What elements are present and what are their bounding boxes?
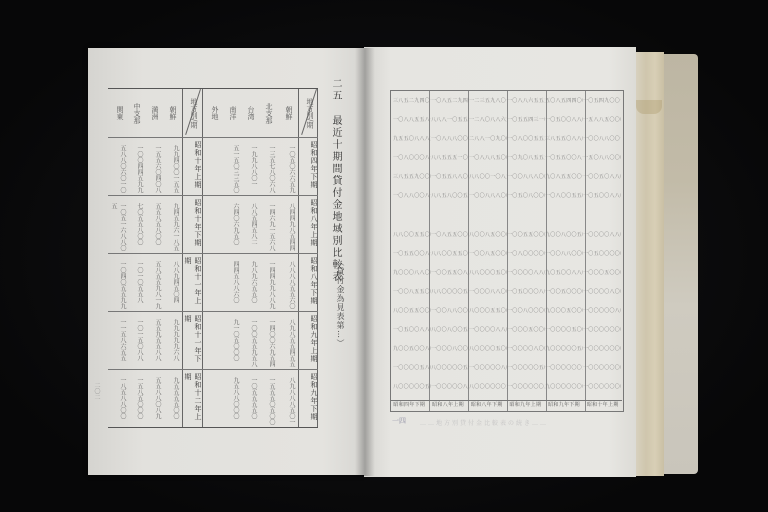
- table-cell: 一〇〇〇〇〇〇〇: [583, 383, 621, 393]
- table-cell: 八八五四五八二: [244, 203, 258, 251]
- footer-cell: 昭和九年下期: [545, 401, 584, 411]
- table-cell: 一〇八五五〇〇〇: [431, 231, 469, 241]
- table-cell: 一〇五一六八八〇五: [113, 203, 127, 251]
- table-cell: 一〇五〇〇八八〇: [583, 192, 621, 202]
- table-cell: 一〇〇〇〇〇八〇: [469, 364, 507, 374]
- table-row: 一〇〇八五五〇〇八八〇〇〇〇五〇一〇〇〇八八〇〇一〇五〇〇〇八〇一〇〇五〇〇〇〇…: [393, 288, 621, 298]
- period-label: 昭和八年上期: [301, 199, 319, 251]
- table-cell: 一〇〇〇〇〇〇八: [507, 383, 545, 393]
- table-cell: 一〇〇〇〇八〇〇: [583, 288, 621, 298]
- water-stain: [636, 100, 662, 114]
- table-cell: 一〇八〇〇〇八一: [393, 154, 431, 164]
- period-label: 昭和十一年下期: [185, 315, 203, 367]
- table-cell: 八〇〇〇〇〇〇五: [469, 383, 507, 393]
- period-label: 昭和八年下期: [301, 257, 319, 309]
- table-cell: 五八五五九八一九: [148, 261, 162, 309]
- table-cell: 九〇〇〇八八〇〇: [393, 269, 431, 279]
- table-cell: 一〇〇五五〇〇〇: [507, 231, 545, 241]
- header-rule: [108, 137, 318, 138]
- table-cell: 一〇五五五五〇: [244, 377, 258, 425]
- period-label: 昭和九年下期: [301, 373, 319, 425]
- period-label: 昭和四年下期: [301, 141, 319, 193]
- table-cell: 一〇〇〇〇〇〇五: [545, 364, 583, 374]
- table-cell: 一〇〇八八八〇〇: [507, 173, 545, 183]
- table-cell: 一〇一〇五五八: [130, 261, 144, 309]
- period-label: 昭和十年下期: [185, 199, 203, 251]
- table-cell: 一〇五〇〇〇〇〇: [583, 250, 621, 260]
- table-cell: 一〇八八〇〇八一: [393, 192, 431, 202]
- table-cell: 一〇〇五五〇八〇: [431, 269, 469, 279]
- table-cell: 八〇〇八〇〇五〇: [431, 326, 469, 336]
- table-cell: 一〇〇八八〇〇〇: [431, 307, 469, 317]
- table-cell: 九五五〇八八八九: [393, 135, 431, 145]
- table-row: 八〇〇五五〇〇〇一〇〇八八〇〇〇八〇〇〇五五〇〇一〇〇八〇〇〇〇九〇〇〇五〇〇〇…: [393, 307, 621, 317]
- column-header: 北支那: [260, 91, 274, 135]
- table-cell: 一五五五〇五〇〇: [262, 377, 276, 425]
- period-label: 昭和九年上期: [301, 315, 319, 367]
- column-header: 関東: [111, 91, 125, 135]
- table-subtitle: （貸付金為見表第…）: [324, 258, 346, 348]
- column-header: 南洋: [224, 91, 238, 135]
- book-spine-shadow: [355, 48, 375, 476]
- table-cell: 九〇八五五〇〇一: [545, 173, 583, 183]
- table-cell: 一〇〇八八〇〇〇: [545, 250, 583, 260]
- table-cell: 五五九五五八八: [148, 319, 162, 367]
- table-cell: 一五五六〇四〇八: [148, 145, 162, 193]
- table-divider: [298, 89, 299, 427]
- table-cell: 五一五〇三三五〇: [226, 145, 240, 193]
- table-cell: 一〇〇〇五〇〇〇: [583, 269, 621, 279]
- table-cell: 八〇〇〇五五〇〇: [469, 307, 507, 317]
- right-table-footer: 昭和四年下期 昭和八年上期 昭和八年下期 昭和九年上期 昭和九年下期 昭和十年上…: [390, 400, 622, 411]
- table-cell: 一〇五五四三一〇: [507, 116, 545, 126]
- footer-cell: 昭和九年上期: [506, 401, 545, 411]
- footer-cell: 昭和四年下期: [390, 401, 429, 411]
- table-cell: 一二八〇八八六五: [469, 116, 507, 126]
- bleed-through-text: ……地方別貸付金比較表の続き……: [420, 418, 548, 427]
- footer-cell: 昭和八年下期: [467, 401, 506, 411]
- table-row: 三八五二九四〇一一〇八五二九四〇一二三五九八〇一一〇八八六五五五五〇八五四四〇〇…: [393, 97, 621, 107]
- table-cell: 八〇〇〇〇〇五〇: [393, 383, 431, 393]
- table-cell: 八〇〇〇〇五〇〇: [469, 345, 507, 355]
- table-number: 二五: [330, 78, 341, 102]
- table-cell: 一〇五五〇〇八一: [393, 250, 431, 260]
- table-cell: 一五八五〇〇〇: [130, 377, 144, 425]
- table-row: 九〇〇〇八八〇〇一〇〇五五〇八〇八八〇〇〇五〇〇一〇〇〇〇八八〇九〇五〇〇八八〇…: [393, 269, 621, 279]
- table-cell: 一〇〇〇〇〇八〇: [431, 383, 469, 393]
- table-cell: 一〇四〇五五九九: [113, 261, 127, 309]
- page-edges: [634, 52, 664, 476]
- table-cell: 一〇九〇八五五五: [507, 154, 545, 164]
- table-row: 一〇五五〇〇八一八八〇〇五五〇〇一〇〇八五〇〇〇一〇八〇〇〇〇〇一〇〇八八〇〇〇…: [393, 250, 621, 260]
- table-cell: 七〇五五八〇〇: [130, 203, 144, 251]
- table-cell: 八八五八〇〇五五: [431, 192, 469, 202]
- row-rule: [108, 369, 318, 370]
- table-cell: 一〇〇八八〇〇一: [583, 135, 621, 145]
- header-region-label: 地方別/期: [301, 91, 315, 135]
- table-cell: 一九九八八〇一: [244, 145, 258, 193]
- table-row: 九〇〇五〇〇八〇一〇〇〇八〇〇〇八〇〇〇〇五〇〇一〇〇〇〇八〇〇九〇〇〇〇〇五〇…: [393, 345, 621, 355]
- table-cell: 一三五七八〇六八: [262, 145, 276, 193]
- margin-page-note: 二〇二: [92, 382, 101, 400]
- table-cell: 八八八一〇五五〇: [431, 116, 469, 126]
- table-cell: 五〇八五四四〇〇: [545, 97, 583, 107]
- table-cell: 九〇〇〇〇〇〇〇: [545, 383, 583, 393]
- table-cell: 一〇一五〇八八: [130, 319, 144, 367]
- table-row: 一〇五〇〇八八〇八〇〇八〇〇五〇一〇〇〇〇八八〇一〇〇〇五〇〇〇一〇〇〇〇五〇〇…: [393, 326, 621, 336]
- table-cell: 九〇〇〇〇〇五〇: [545, 345, 583, 355]
- column-header: 中支那: [128, 91, 142, 135]
- table-cell: 一〇五〇〇八八〇: [393, 326, 431, 336]
- table-cell: 一〇五五八八〇〇: [431, 173, 469, 183]
- table-cell: 八九八八八五〇一: [282, 377, 296, 425]
- table-row: 一〇八八五五八一八八八一〇五五〇一二八〇八八六五一〇五五四三一〇一〇五〇〇八八〇…: [393, 116, 621, 126]
- table-cell: 八八〇〇一〇八五: [469, 173, 507, 183]
- table-cell: 一〇〇八八八〇〇: [469, 192, 507, 202]
- table-cell: 一〇〇五〇八八〇: [583, 173, 621, 183]
- table-cell: 一〇八〇〇五五〇: [545, 192, 583, 202]
- table-cell: 三八五五九〇〇〇: [393, 173, 431, 183]
- footer-cell: 昭和八年上期: [429, 401, 468, 411]
- table-cell: 一四〇〇六九五四: [262, 319, 276, 367]
- table-cell: 九〇〇〇五〇〇〇: [545, 307, 583, 317]
- table-cell: 一一五八六五五: [113, 319, 127, 367]
- table-row: 九五五〇八八八九一〇八八八〇〇〇二八八一〇九〇〇一〇八〇〇五五五三八五五〇八八〇…: [393, 135, 621, 145]
- table-cell: 二八八一〇九〇〇: [469, 135, 507, 145]
- table-cell: 八四四九八五四四: [282, 203, 296, 251]
- table-cell: 一〇〇〇〇〇八〇: [583, 307, 621, 317]
- table-cell: 一〇〇四四五九九: [130, 145, 144, 193]
- table-cell: 五五八五八〇〇: [148, 203, 162, 251]
- table-cell: 五八八〇六〇一〇: [113, 145, 127, 193]
- table-cell: 三八五五〇八八〇: [545, 135, 583, 145]
- table-cell: 一〇八〇〇〇〇〇: [507, 250, 545, 260]
- table-cell: 一〇八八八五〇〇: [469, 154, 507, 164]
- column-header: 台湾: [242, 91, 256, 135]
- table-cell: 一五八八五〇〇〇: [583, 116, 621, 126]
- right-bleed-table: 三八五二九四〇一一〇八五二九四〇一二三五九八〇一一〇八八六五五五五〇八五四四〇〇…: [390, 90, 624, 412]
- column-header: 満洲: [146, 91, 160, 135]
- table-cell: 一〇五〇六六五九: [282, 145, 296, 193]
- table-cell: 一八五八八〇〇: [113, 377, 127, 425]
- table-cell: 四四五八八六〇: [226, 261, 240, 309]
- table-row: 三八五五九〇〇〇一〇五五八八〇〇八八〇〇一〇八五一〇〇八八八〇〇九〇八五五〇〇一…: [393, 173, 621, 183]
- table-cell: 八〇〇八五〇〇〇: [469, 231, 507, 241]
- table-cell: 八八五五五一〇五: [431, 154, 469, 164]
- table-cell: 一〇〇〇〇八〇〇: [507, 345, 545, 355]
- row-rule: [108, 195, 318, 196]
- table-cell: 九〇五〇〇八八〇: [545, 269, 583, 279]
- table-row: 一〇八〇〇〇八一八八五五五一〇五一〇八八八五〇〇一〇九〇八五五五一〇五五〇〇八一…: [393, 154, 621, 164]
- table-cell: 八八〇〇〇五〇〇: [469, 269, 507, 279]
- table-cell: 一〇五五〇〇八一: [545, 154, 583, 164]
- table-row: 一〇八八〇〇八一八八五八〇〇五五一〇〇八八八〇〇一〇五〇八〇〇〇一〇八〇〇五五〇…: [393, 192, 621, 202]
- table-cell: 一〇〇〇〇八八〇: [583, 231, 621, 241]
- table-cell: 一〇〇五〇〇〇〇: [545, 288, 583, 298]
- table-cell: 九九四〇〇一五五: [166, 145, 180, 193]
- table-cell: 一〇八八六五五五: [507, 97, 545, 107]
- table-cell: 八九八五五四五五: [282, 319, 296, 367]
- table-cell: 一〇〇〇〇〇〇〇: [583, 364, 621, 374]
- row-rule: [108, 253, 318, 254]
- table-cell: 一四六九一五六八: [262, 203, 276, 251]
- table-row: 八八〇〇五五〇〇一〇八五五〇〇〇八〇〇八五〇〇〇一〇〇五五〇〇〇九〇〇八〇〇五〇…: [393, 231, 621, 241]
- table-cell: 一〇〇八〇〇〇〇: [507, 307, 545, 317]
- row-rule: [108, 311, 318, 312]
- table-cell: 一〇五〇〇〇八〇: [507, 288, 545, 298]
- book-back-cover: [660, 54, 698, 474]
- left-data-table: 地方別/期 地方別/期 朝鮮 北支那 台湾 南洋 外地 朝鮮 満洲 中支那 関東…: [108, 88, 318, 428]
- page-number-note: 一四: [392, 416, 406, 426]
- column-header: 外地: [206, 91, 220, 135]
- table-cell: 九一〇五〇〇〇: [226, 319, 240, 367]
- table-cell: 一〇〇〇〇〇五〇: [507, 364, 545, 374]
- table-cell: 一〇〇〇八〇〇〇: [431, 345, 469, 355]
- table-cell: 八八〇〇五五〇〇: [393, 231, 431, 241]
- table-cell: 一〇〇〇〇八八〇: [507, 269, 545, 279]
- header-region-label: 地方別/期: [185, 91, 199, 135]
- table-cell: 一〇〇〇〇八八〇: [469, 326, 507, 336]
- table-cell: 一〇〇五五九五八: [244, 319, 258, 367]
- table-cell: 一〇五四九〇〇一: [583, 97, 621, 107]
- table-cell: 一〇〇〇〇〇〇〇: [583, 326, 621, 336]
- period-label: 昭和十二年上期: [185, 373, 203, 425]
- table-cell: 八八〇〇〇〇五〇: [431, 288, 469, 298]
- table-cell: 一〇〇〇〇五八〇: [393, 364, 431, 374]
- table-cell: 一四四九九八八九: [262, 261, 276, 309]
- table-cell: 三八五二九四〇一: [393, 97, 431, 107]
- table-row: 一〇〇〇〇五八〇八〇〇〇〇〇五〇一〇〇〇〇〇八〇一〇〇〇〇〇五〇一〇〇〇〇〇〇五…: [393, 364, 621, 374]
- table-row: 八〇〇〇〇〇五〇一〇〇〇〇〇八〇八〇〇〇〇〇〇五一〇〇〇〇〇〇八九〇〇〇〇〇〇〇…: [393, 383, 621, 393]
- table-cell: 九四五九六一八五: [166, 203, 180, 251]
- table-cell: 八八〇〇五五〇〇: [431, 250, 469, 260]
- table-cell: 一〇八八五五八一: [393, 116, 431, 126]
- table-cell: 六四〇六九五〇: [226, 203, 240, 251]
- table-cell: 九五八八〇〇〇: [226, 377, 240, 425]
- table-cell: 一〇〇〇〇〇〇〇: [583, 345, 621, 355]
- table-cell: 九〇〇五〇〇八〇: [393, 345, 431, 355]
- table-cell: 一〇八五二九四〇: [431, 97, 469, 107]
- table-cell: 一〇五〇〇八八〇: [545, 116, 583, 126]
- table-cell: 九〇〇八〇〇五〇: [545, 231, 583, 241]
- period-label: 昭和十一年上期: [185, 257, 203, 309]
- footer-cell: 昭和十年上期: [583, 401, 622, 411]
- table-cell: 八〇〇〇〇〇五〇: [431, 364, 469, 374]
- table-cell: 八〇〇五五〇〇〇: [393, 307, 431, 317]
- table-cell: 一〇五〇八〇〇〇: [507, 192, 545, 202]
- table-cell: 九五五五五〇〇: [166, 377, 180, 425]
- table-cell: 九九九九九六八: [166, 319, 180, 367]
- table-cell: 九八九六五五〇: [244, 261, 258, 309]
- table-cell: 八八九四五〇四: [166, 261, 180, 309]
- table-cell: 一〇八〇〇五五五: [507, 135, 545, 145]
- table-cell: 一〇〇〇八八〇〇: [469, 288, 507, 298]
- table-cell: 一二三五九八〇一: [469, 97, 507, 107]
- table-cell: 一〇〇八五〇〇〇: [469, 250, 507, 260]
- table-cell: 五五八八〇八九: [148, 377, 162, 425]
- table-cell: 一〇〇〇〇五〇〇: [545, 326, 583, 336]
- table-cell: 一五〇八八〇〇〇: [583, 154, 621, 164]
- table-cell: 一〇八八八〇〇〇: [431, 135, 469, 145]
- period-label: 昭和十年上期: [185, 141, 203, 193]
- table-cell: 八八八八五五六〇: [282, 261, 296, 309]
- table-cell: 一〇〇八五五〇〇: [393, 288, 431, 298]
- table-cell: 一〇〇〇五〇〇〇: [507, 326, 545, 336]
- column-header: 朝鮮: [164, 91, 178, 135]
- column-header: 朝鮮: [280, 91, 294, 135]
